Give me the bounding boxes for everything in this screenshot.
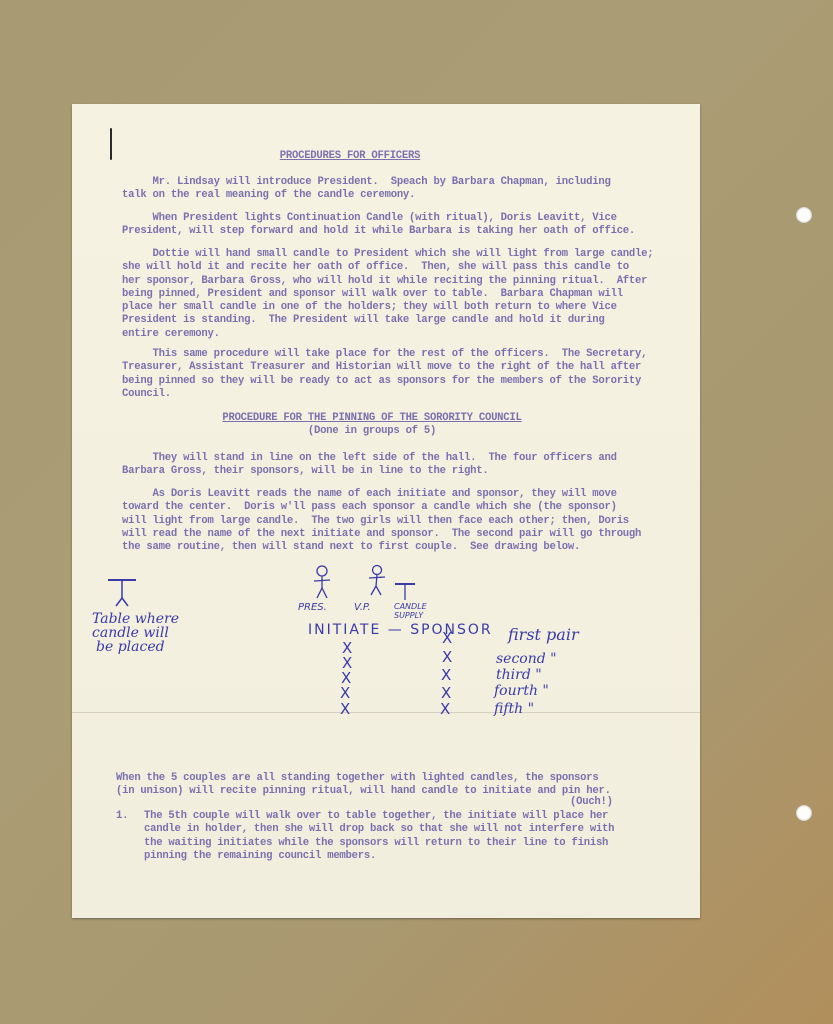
- column-header-initiate-sponsor: INITIATE — SPONSOR: [308, 622, 493, 638]
- candle-supply-table-icon: [392, 580, 418, 604]
- pair-label-first: first pair: [508, 628, 579, 642]
- numbered-item-number: 1.: [116, 810, 128, 823]
- punch-hole-top: [796, 207, 812, 223]
- fold-line: [72, 712, 700, 713]
- aside-ouch: (Ouch!): [570, 796, 613, 809]
- label-vice-president: V.P.: [354, 602, 371, 613]
- paragraph-president-oath: Dottie will hand small candle to Preside…: [122, 248, 653, 341]
- sponsor-mark-5: X: [440, 702, 450, 717]
- section-subtitle-council: (Done in groups of 5): [72, 425, 672, 438]
- sponsor-mark-2: X: [442, 650, 452, 665]
- table-note-line-3: be placed: [96, 640, 165, 654]
- pair-label-fifth: fifth ": [494, 702, 534, 716]
- table-icon: [102, 576, 142, 610]
- punch-hole-bottom: [796, 805, 812, 821]
- paragraph-intro: Mr. Lindsay will introduce President. Sp…: [122, 176, 611, 203]
- sponsor-mark-1: X: [442, 631, 452, 646]
- paragraph-continuation-candle: When President lights Continuation Candl…: [122, 212, 635, 239]
- sponsor-mark-4: X: [441, 686, 451, 701]
- table-note-line-2: candle will: [92, 626, 169, 640]
- section-title-council: PROCEDURE FOR THE PINNING OF THE SORORIT…: [72, 412, 672, 425]
- pair-label-fourth: fourth ": [494, 684, 549, 698]
- sponsor-mark-3: X: [441, 668, 451, 683]
- label-candle-supply: CANDLE SUPPLY: [394, 602, 434, 620]
- table-note-line-1: Table where: [92, 612, 179, 626]
- label-president: PRES.: [298, 602, 327, 613]
- vice-president-stick-figure-icon: [364, 564, 390, 600]
- paragraph-stand-in-line: They will stand in line on the left side…: [122, 452, 617, 479]
- document-page: PROCEDURES FOR OFFICERS Mr. Lindsay will…: [72, 104, 700, 918]
- paragraph-reading-names: As Doris Leavitt reads the name of each …: [122, 488, 641, 554]
- paragraph-couples-together: When the 5 couples are all standing toge…: [116, 772, 611, 799]
- pair-label-second: second ": [496, 652, 557, 666]
- president-stick-figure-icon: [308, 564, 336, 602]
- numbered-item-text: The 5th couple will walk over to table t…: [144, 810, 614, 863]
- paragraph-other-officers: This same procedure will take place for …: [122, 348, 647, 401]
- initiate-mark-4: X: [340, 686, 350, 701]
- pair-label-third: third ": [496, 668, 542, 682]
- initiate-mark-5: X: [340, 702, 350, 717]
- page-title: PROCEDURES FOR OFFICERS: [72, 150, 628, 163]
